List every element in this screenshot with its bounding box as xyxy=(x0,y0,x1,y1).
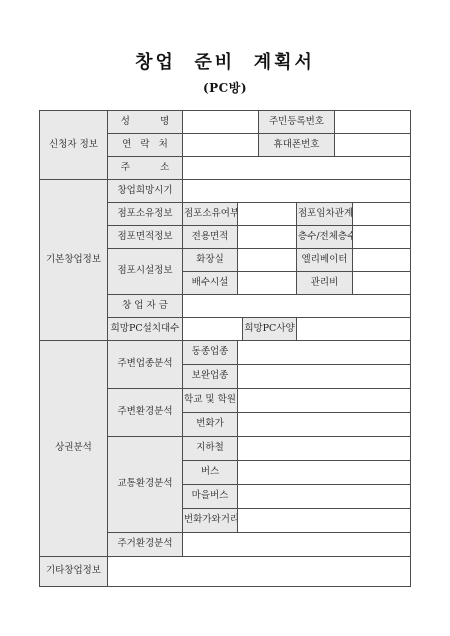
bus-value-cell xyxy=(238,461,411,485)
pc-count-label: 희망PC설치대수 xyxy=(108,318,183,341)
maintenance-fee-label: 관리비 xyxy=(297,272,353,295)
complementary-industry-value-cell xyxy=(238,365,411,389)
page-title: 창업 준비 계획서 xyxy=(0,48,450,74)
exclusive-area-value-cell xyxy=(238,226,297,249)
startup-timing-value-cell xyxy=(183,180,411,203)
section-applicant-label: 신청자 정보 xyxy=(40,111,108,180)
busy-street-value-cell xyxy=(238,413,411,437)
village-bus-label: 마을버스 xyxy=(183,485,238,509)
elevator-label: 엘리베이터 xyxy=(297,249,353,272)
bus-label: 버스 xyxy=(183,461,238,485)
ownership-status-label: 점포소유여부 xyxy=(183,203,238,226)
subway-value-cell xyxy=(238,437,411,461)
industry-analysis-label: 주변업종분석 xyxy=(108,341,183,389)
name-label: 성 명 xyxy=(108,111,183,134)
lease-relation-label: 점포임차관계 xyxy=(297,203,353,226)
startup-fund-value-cell xyxy=(183,295,411,318)
pc-spec-label: 희망PC사양 xyxy=(243,318,297,341)
school-academy-value-cell xyxy=(238,389,411,413)
mobile-number-label: 휴대폰번호 xyxy=(259,134,335,157)
drainage-label: 배수시설 xyxy=(183,272,238,295)
section-other-label: 기타창업정보 xyxy=(40,557,108,587)
page-subtitle: (PC방) xyxy=(0,79,450,96)
address-value-cell xyxy=(183,157,411,180)
ownership-status-value-cell xyxy=(238,203,297,226)
same-industry-label: 동종업종 xyxy=(183,341,238,365)
drainage-value-cell xyxy=(238,272,297,295)
floor-count-value-cell xyxy=(353,226,411,249)
resident-number-value-cell xyxy=(335,111,411,134)
pc-count-value-cell xyxy=(183,318,243,341)
exclusive-area-label: 전용면적 xyxy=(183,226,238,249)
lease-relation-value-cell xyxy=(353,203,411,226)
residence-analysis-label: 주거환경분석 xyxy=(108,533,183,557)
store-ownership-label: 점포소유정보 xyxy=(108,203,183,226)
street-distance-value-cell xyxy=(238,509,411,533)
elevator-value-cell xyxy=(353,249,411,272)
pc-spec-value-cell xyxy=(297,318,411,341)
floor-count-label: 층수/전체층수 xyxy=(297,226,353,249)
mobile-number-value-cell xyxy=(335,134,411,157)
section-basic-label: 기본창업정보 xyxy=(40,180,108,341)
startup-plan-form-table: 신청자 정보 성 명 주민등록번호 연 락 처 휴대폰번호 주 소 기본창업정보… xyxy=(39,110,411,587)
startup-timing-label: 창업희망시기 xyxy=(108,180,183,203)
maintenance-fee-value-cell xyxy=(353,272,411,295)
environment-analysis-label: 주변환경분석 xyxy=(108,389,183,437)
section-market-label: 상권분석 xyxy=(40,341,108,557)
school-academy-label: 학교 및 학원 xyxy=(183,389,238,413)
address-label: 주 소 xyxy=(108,157,183,180)
complementary-industry-label: 보완업종 xyxy=(183,365,238,389)
name-value-cell xyxy=(183,111,259,134)
store-facility-label: 점포시설정보 xyxy=(108,249,183,295)
same-industry-value-cell xyxy=(238,341,411,365)
subway-label: 지하철 xyxy=(183,437,238,461)
contact-value-cell xyxy=(183,134,259,157)
contact-label: 연 락 처 xyxy=(108,134,183,157)
village-bus-value-cell xyxy=(238,485,411,509)
restroom-value-cell xyxy=(238,249,297,272)
restroom-label: 화장실 xyxy=(183,249,238,272)
store-area-label: 점포면적정보 xyxy=(108,226,183,249)
residence-analysis-value-cell xyxy=(183,533,411,557)
startup-fund-label: 창 업 자 금 xyxy=(108,295,183,318)
busy-street-label: 번화가 xyxy=(183,413,238,437)
street-distance-label: 번화가와거리 xyxy=(183,509,238,533)
traffic-analysis-label: 교통환경분석 xyxy=(108,437,183,533)
other-info-value-cell xyxy=(108,557,411,587)
resident-number-label: 주민등록번호 xyxy=(259,111,335,134)
